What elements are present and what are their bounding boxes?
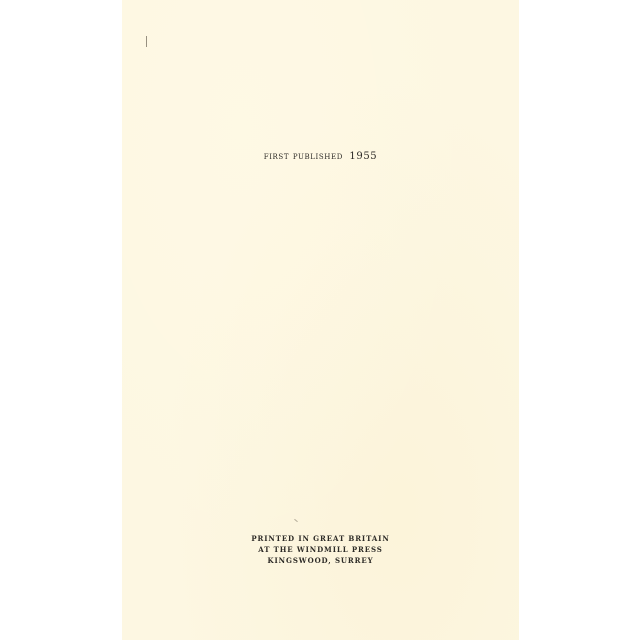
printer-line: PRINTED IN GREAT BRITAIN — [122, 533, 519, 544]
paper-speck — [146, 36, 147, 47]
printer-line: AT THE WINDMILL PRESS — [122, 544, 519, 555]
printer-line: KINGSWOOD, SURREY — [122, 555, 519, 566]
book-page: First Published 1955 PRINTED IN GREAT BR… — [122, 0, 519, 640]
first-published-year: 1955 — [349, 151, 377, 162]
first-published-label: First Published — [264, 151, 343, 162]
first-published-line: First Published 1955 — [122, 151, 519, 163]
paper-speck — [294, 519, 298, 522]
printer-imprint: PRINTED IN GREAT BRITAIN AT THE WINDMILL… — [122, 533, 519, 566]
